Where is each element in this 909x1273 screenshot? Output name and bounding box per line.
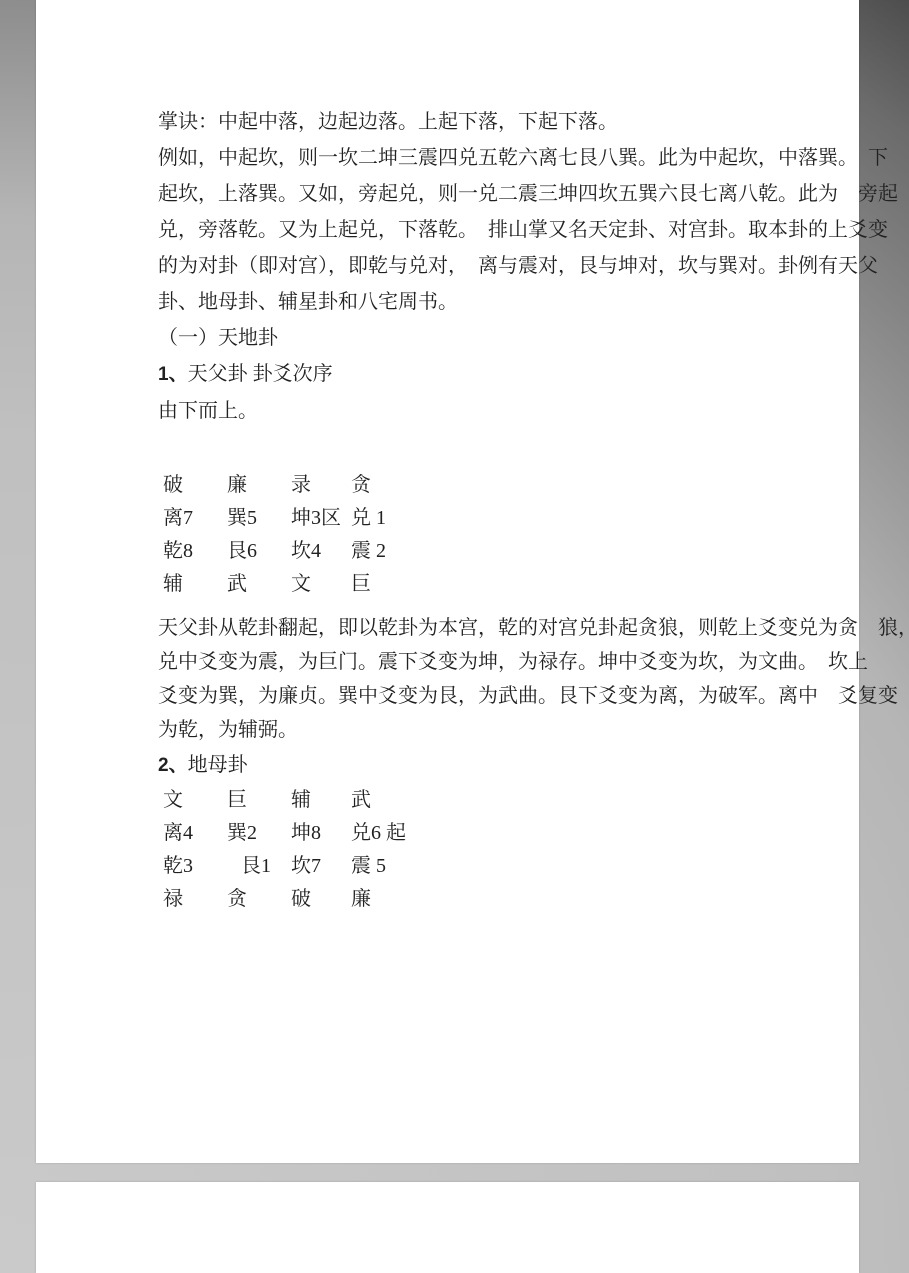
text-line: 爻变为巽，为廉贞。巽中爻变为艮，为武曲。艮下爻变为离，为破军。离中 爻复变 — [158, 679, 781, 713]
text-line: 例如，中起坎，则一坎二坤三震四兑五乾六离七艮八巽。此为中起坎，中落巽。 下 — [158, 140, 781, 176]
table-cell: 坎7 — [291, 850, 351, 883]
table-cell: 坤3区 — [291, 502, 351, 535]
table-cell: 文 — [163, 784, 227, 817]
order-note: 由下而上。 — [158, 393, 781, 429]
text-line: 兑，旁落乾。又为上起兑，下落乾。 排山掌又名天定卦、对宫卦。取本卦的上爻变 — [158, 212, 781, 248]
table-cell: 辅 — [291, 784, 351, 817]
dimu-trigram-table: 文 巨 辅 武 离4 巽2 坤8 兑6 起 乾3 艮1 坎7 震 5 禄 贪 破… — [163, 784, 781, 916]
example-paragraph: 例如，中起坎，则一坎二坤三震四兑五乾六离七艮八巽。此为中起坎，中落巽。 下 起坎… — [158, 140, 781, 320]
text-line: 为乾，为辅弼。 — [158, 713, 781, 747]
table-cell: 廉 — [227, 469, 291, 502]
tianfu-trigram-table: 破 廉 录 贪 离7 巽5 坤3区 兑 1 乾8 艮6 坎4 震 2 辅 武 文… — [163, 469, 781, 601]
table-cell: 艮6 — [227, 535, 291, 568]
mnemonic-paragraph: 掌诀：中起中落，边起边落。上起下落，下起下落。 — [158, 104, 781, 140]
table-cell: 巨 — [351, 568, 371, 601]
table-cell: 巨 — [227, 784, 291, 817]
table-cell: 巽5 — [227, 502, 291, 535]
table-row: 离7 巽5 坤3区 兑 1 — [163, 502, 781, 535]
table-cell: 离4 — [163, 817, 227, 850]
table-cell: 辅 — [163, 568, 227, 601]
table-cell: 录 — [291, 469, 351, 502]
table-cell: 震 5 — [351, 850, 386, 883]
table-cell: 文 — [291, 568, 351, 601]
table-cell: 艮1 — [227, 850, 291, 883]
table-cell: 离7 — [163, 502, 227, 535]
table-row: 辅 武 文 巨 — [163, 568, 781, 601]
table-cell: 武 — [227, 568, 291, 601]
table-cell: 乾8 — [163, 535, 227, 568]
explanation-paragraph: 天父卦从乾卦翻起，即以乾卦为本宫，乾的对宫兑卦起贪狼，则乾上爻变兑为贪 狼， 兑… — [158, 611, 781, 747]
table-row: 文 巨 辅 武 — [163, 784, 781, 817]
table-cell: 乾3 — [163, 850, 227, 883]
subheading-dimu: 2、地母卦 — [158, 747, 781, 784]
table-cell: 破 — [291, 883, 351, 916]
text-line: 的为对卦（即对宫），即乾与兑对， 离与震对，艮与坤对，坎与巽对。卦例有天父 — [158, 248, 781, 284]
table-row: 乾8 艮6 坎4 震 2 — [163, 535, 781, 568]
subheading-number: 2、 — [158, 755, 188, 776]
table-cell: 兑6 起 — [351, 817, 406, 850]
text-line: 起坎，上落巽。又如，旁起兑，则一兑二震三坤四坎五巽六艮七离八乾。此为 旁起 — [158, 176, 781, 212]
table-row: 离4 巽2 坤8 兑6 起 — [163, 817, 781, 850]
table-cell: 贪 — [351, 469, 371, 502]
document-page-1: 掌诀：中起中落，边起边落。上起下落，下起下落。 例如，中起坎，则一坎二坤三震四兑… — [36, 0, 859, 1163]
table-cell: 巽2 — [227, 817, 291, 850]
table-row: 破 廉 录 贪 — [163, 469, 781, 502]
table-cell: 武 — [351, 784, 371, 817]
table-cell: 贪 — [227, 883, 291, 916]
table-cell: 震 2 — [351, 535, 386, 568]
table-cell: 破 — [163, 469, 227, 502]
subheading-number: 1、 — [158, 364, 188, 385]
subheading-label: 地母卦 — [188, 754, 248, 776]
table-row: 禄 贪 破 廉 — [163, 883, 781, 916]
text-line: 兑中爻变为震，为巨门。震下爻变为坤，为禄存。坤中爻变为坎，为文曲。 坎上 — [158, 645, 781, 679]
table-cell: 廉 — [351, 883, 371, 916]
subheading-label: 天父卦 卦爻次序 — [188, 363, 333, 385]
document-page-2 — [36, 1182, 859, 1273]
text-line: 天父卦从乾卦翻起，即以乾卦为本宫，乾的对宫兑卦起贪狼，则乾上爻变兑为贪 狼， — [158, 611, 781, 645]
table-row: 乾3 艮1 坎7 震 5 — [163, 850, 781, 883]
table-cell: 兑 1 — [351, 502, 386, 535]
table-cell: 坤8 — [291, 817, 351, 850]
subheading-tianfu: 1、天父卦 卦爻次序 — [158, 356, 781, 393]
text-line: 卦、地母卦、辅星卦和八宅周书。 — [158, 284, 781, 320]
table-cell: 禄 — [163, 883, 227, 916]
table-cell: 坎4 — [291, 535, 351, 568]
section-heading: （一）天地卦 — [158, 320, 781, 356]
